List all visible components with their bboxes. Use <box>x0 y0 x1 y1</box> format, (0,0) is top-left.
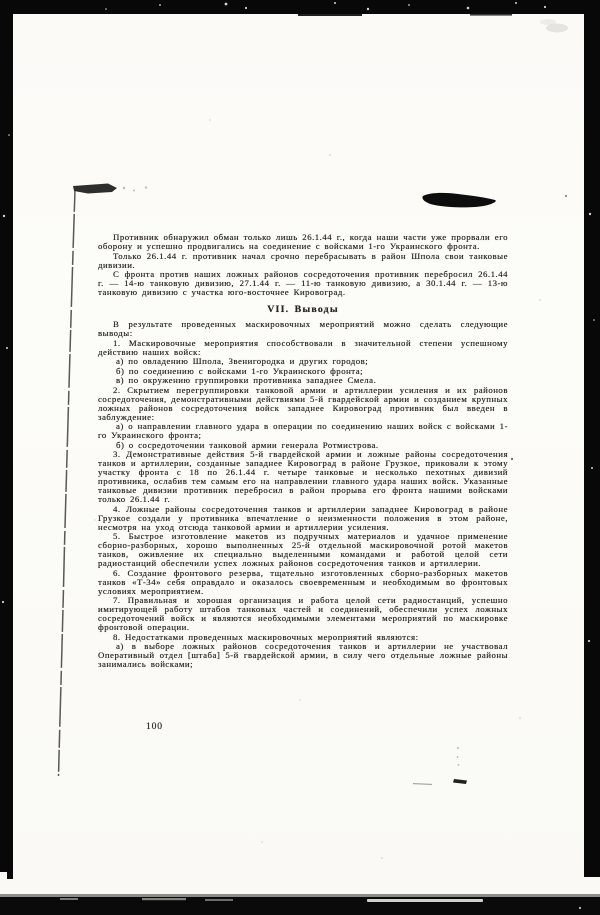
gray-smudge <box>540 19 556 25</box>
paragraph: С фронта против наших ложных районов сос… <box>98 270 508 297</box>
border-rough-edge <box>298 14 362 16</box>
fold-crease-line <box>59 190 76 776</box>
smudge-dot <box>123 187 125 189</box>
paragraph: 7. Правильная и хорошая организация и ра… <box>98 596 508 632</box>
paragraph: Противник обнаружил обман только лишь 26… <box>98 233 508 251</box>
paragraph: 4. Ложные районы сосредоточения танков и… <box>98 505 508 532</box>
paragraph: 2. Скрытием перегруппировки танковой арм… <box>98 386 508 422</box>
paragraph: 3. Демонстративные действия 5-й гвардейс… <box>98 450 508 504</box>
list-item: в) по окружению группировки противника з… <box>98 376 508 385</box>
paragraph: 1. Маскировочные мероприятия способствов… <box>98 339 508 357</box>
speck <box>457 747 459 749</box>
speck <box>511 458 513 460</box>
scan-border-right <box>584 0 600 877</box>
list-item: а) в выборе ложных районов сосредоточени… <box>98 642 508 669</box>
scan-border-bottom <box>0 897 600 915</box>
crease-smudge-artifact <box>73 184 117 194</box>
ink-dash-artifact <box>453 779 467 784</box>
paragraph: Только 26.1.44 г. противник начал срочно… <box>98 252 508 270</box>
document-text-block: Противник обнаружил обман только лишь 26… <box>98 233 508 670</box>
smudge-dot <box>133 190 135 192</box>
paragraph: 5. Быстрое изготовление макетов из подру… <box>98 532 508 568</box>
ink-blot-artifact <box>422 193 495 208</box>
smudge-dot <box>145 186 148 189</box>
page-number: 100 <box>146 721 163 732</box>
scan-border-top <box>0 0 600 14</box>
scanned-document-page: { "document": { "section_heading": "VII.… <box>0 0 600 915</box>
paragraph: 6. Создание фронтового резерва, тщательн… <box>98 569 508 596</box>
pencil-dash-artifact <box>413 784 432 785</box>
speck <box>458 764 460 766</box>
speck <box>457 756 459 758</box>
gray-smudge <box>546 24 568 33</box>
scan-border-left <box>0 0 13 872</box>
paragraph: В результате проведенных маскировочных м… <box>98 320 508 338</box>
section-heading: VII. Выводы <box>98 304 508 315</box>
border-rough-edge <box>7 872 13 879</box>
border-rough-edge <box>470 14 512 16</box>
speck <box>565 195 567 197</box>
list-item: а) о направлении главного удара в операц… <box>98 422 508 440</box>
list-item: а) по овладению Шпола, Звенигородка и др… <box>98 357 508 366</box>
